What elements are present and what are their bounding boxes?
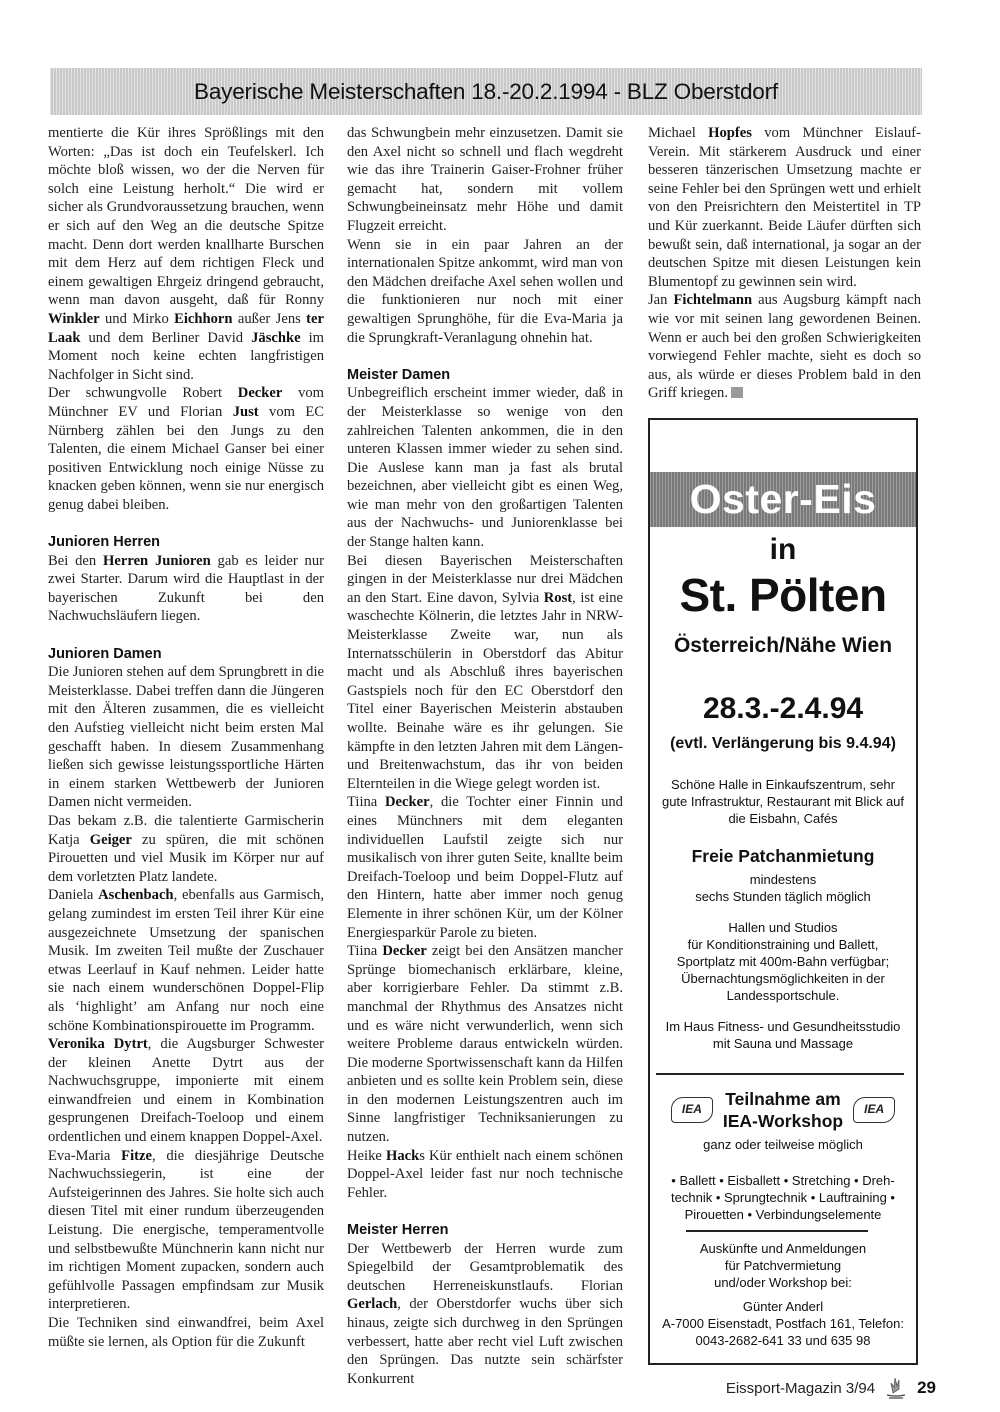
article-column-2: das Schwungbein mehr einzusetzen. Damit …: [347, 124, 623, 1388]
ad-info: Auskünfte und Anmeldungenfür Patchvermie…: [650, 1240, 916, 1291]
paragraph: mentierte die Kür ihres Sprößlings mit d…: [48, 124, 324, 384]
ad-venue-text: Schöne Halle in Einkaufszentrum, sehrgut…: [650, 776, 916, 827]
page-number: 29: [917, 1378, 936, 1398]
paragraph: Veronika Dytrt, die Augsburger Schwester…: [48, 1035, 324, 1147]
paragraph: Bei den Herren Junioren gab es leider nu…: [48, 552, 324, 626]
paragraph: das Schwungbein mehr einzusetzen. Damit …: [347, 124, 623, 236]
advertisement-oster-eis: Oster-Eis in St. Pölten Österreich/Nähe …: [648, 418, 918, 1365]
section-heading: Junioren Damen: [48, 645, 324, 664]
paragraph: Unbegreiflich erscheint immer wieder, da…: [347, 384, 623, 551]
article-column-3: Michael Hopfes vom Münchner Eislauf-Vere…: [648, 124, 921, 403]
paragraph: Das bekam z.B. die talentierte Garmische…: [48, 812, 324, 886]
paragraph: Der schwungvolle Robert Decker vom Münch…: [48, 384, 324, 514]
ad-headline-band: Oster-Eis: [650, 472, 916, 527]
ad-patch-text: mindestenssechs Stunden täglich möglich: [650, 871, 916, 905]
iea-logo-icon: IEA: [671, 1097, 713, 1123]
paragraph: Die Techniken sind einwandfrei, beim Axe…: [48, 1314, 324, 1351]
divider: [686, 1230, 868, 1232]
ad-workshop-header: IEA Teilnahme amIEA-Workshop IEA: [650, 1088, 916, 1132]
ad-facilities: Hallen und Studiosfür Konditionstraining…: [650, 919, 916, 1004]
paragraph: Wenn sie in ein paar Jahren an der inter…: [347, 236, 623, 348]
ad-patch-title: Freie Patchanmietung: [650, 846, 916, 867]
paragraph: Jan Fichtelmann aus Augsburg kämpft nach…: [648, 291, 921, 403]
ad-country: Österreich/Nähe Wien: [650, 634, 916, 658]
page-title: Bayerische Meisterschaften 18.-20.2.1994…: [194, 79, 778, 105]
paragraph: Daniela Aschenbach, ebenfalls aus Garmis…: [48, 886, 324, 1035]
section-heading: Meister Herren: [347, 1221, 623, 1240]
ad-dates: 28.3.-2.4.94: [650, 692, 916, 726]
paragraph: Bei diesen Bayerischen Meisterschaften g…: [347, 552, 623, 794]
paragraph: Heike Hacks Kür enthielt nach einem schö…: [347, 1147, 623, 1203]
ad-city: St. Pölten: [650, 568, 916, 622]
ad-contact: Günter AnderlA-7000 Eisenstadt, Postfach…: [650, 1298, 916, 1349]
ad-fitness: Im Haus Fitness- und Gesundheitsstudiomi…: [650, 1018, 916, 1052]
page-footer: Eissport-Magazin 3/94 29: [0, 1376, 936, 1400]
divider: [656, 1073, 904, 1075]
end-of-article-mark-icon: [731, 387, 743, 398]
paragraph: Die Junioren stehen auf dem Sprungbrett …: [48, 663, 324, 812]
iea-logo-icon: IEA: [853, 1097, 895, 1123]
paragraph: Tiina Decker, die Tochter einer Finnin u…: [347, 793, 623, 942]
magazine-issue: Eissport-Magazin 3/94: [726, 1380, 875, 1397]
section-heading: Meister Damen: [347, 366, 623, 385]
paragraph: Michael Hopfes vom Münchner Eislauf-Vere…: [648, 124, 921, 291]
paragraph: Der Wettbewerb der Herren wurde zum Spie…: [347, 1240, 623, 1389]
ad-headline: Oster-Eis: [690, 476, 877, 523]
section-heading: Junioren Herren: [48, 533, 324, 552]
paragraph: Eva-Maria Fitze, die diesjährige Deutsch…: [48, 1147, 324, 1314]
paragraph: Tiina Decker zeigt bei den Ansätzen manc…: [347, 942, 623, 1147]
ad-extension: (evtl. Verlängerung bis 9.4.94): [650, 735, 916, 753]
article-column-1: mentierte die Kür ihres Sprößlings mit d…: [48, 124, 324, 1351]
ad-workshop-sub: ganz oder teilweise möglich: [650, 1136, 916, 1153]
ad-workshop-topics: • Ballett • Eisballett • Stretching • Dr…: [650, 1172, 916, 1223]
page-header-banner: Bayerische Meisterschaften 18.-20.2.1994…: [50, 68, 922, 115]
skate-wing-icon: [883, 1375, 909, 1401]
ad-in: in: [650, 533, 916, 567]
ad-workshop-title: Teilnahme amIEA-Workshop: [723, 1088, 843, 1132]
